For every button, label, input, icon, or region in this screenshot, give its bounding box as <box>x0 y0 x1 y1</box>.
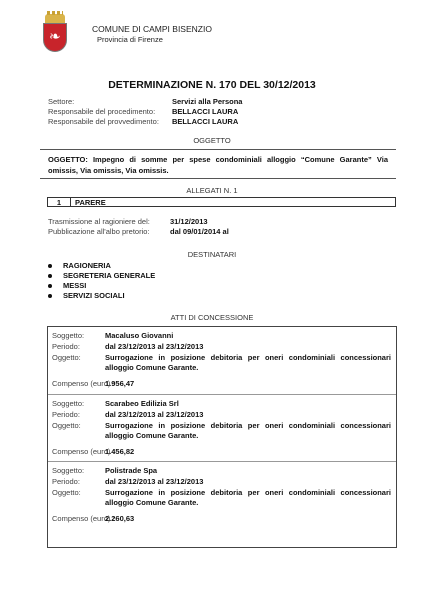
divider <box>40 149 396 150</box>
periodo-label: Periodo: <box>52 477 80 486</box>
pubblicazione-label: Pubblicazione all'albo pretorio: <box>48 227 150 237</box>
periodo-label: Periodo: <box>52 410 80 419</box>
attachment-number: 1 <box>48 198 71 206</box>
oggetto-text: OGGETTO: Impegno di somme per spese cond… <box>48 154 388 176</box>
bullet-icon <box>48 294 52 298</box>
oggetto-label: Oggetto: <box>52 488 81 497</box>
list-item: RAGIONERIA <box>48 261 155 271</box>
list-item: MESSI <box>48 281 155 291</box>
destinatario-label: SERVIZI SOCIALI <box>63 291 125 300</box>
attachment-row[interactable]: 1 PARERE <box>47 197 396 207</box>
atti-table: Soggetto:Macaluso Giovanni Periodo:dal 2… <box>47 326 397 548</box>
settore-value: Servizi alla Persona <box>172 97 242 107</box>
crown-icon <box>45 14 65 23</box>
destinatari-list: RAGIONERIA SEGRETERIA GENERALE MESSI SER… <box>48 261 155 301</box>
soggetto-label: Soggetto: <box>52 399 84 408</box>
periodo-value: dal 23/12/2013 al 23/12/2013 <box>105 410 391 420</box>
coat-of-arms-icon: ❧ <box>43 14 67 52</box>
bullet-icon <box>48 274 52 278</box>
attachment-name: PARERE <box>75 198 106 207</box>
trasmissione-value: 31/12/2013 <box>170 217 208 227</box>
soggetto-label: Soggetto: <box>52 331 84 340</box>
oggetto-value: Surrogazione in posizione debitoria per … <box>105 488 391 508</box>
soggetto-value: Scarabeo Edilizia Srl <box>105 399 391 409</box>
bullet-icon <box>48 264 52 268</box>
bullet-icon <box>48 284 52 288</box>
oggetto-value: Surrogazione in posizione debitoria per … <box>105 353 391 373</box>
resp-procedimento-label: Responsabile del procedimento: <box>48 107 155 117</box>
resp-provvedimento-label: Responsabile del provvedimento: <box>48 117 159 127</box>
resp-procedimento-value: BELLACCI LAURA <box>172 107 238 117</box>
divider <box>40 178 396 179</box>
periodo-value: dal 23/12/2013 al 23/12/2013 <box>105 342 391 352</box>
periodo-value: dal 23/12/2013 al 23/12/2013 <box>105 477 391 487</box>
soggetto-value: Macaluso Giovanni <box>105 331 391 341</box>
municipality-name: COMUNE DI CAMPI BISENZIO <box>92 24 212 35</box>
oggetto-heading: OGGETTO <box>0 136 424 145</box>
destinatari-heading: DESTINATARI <box>0 250 424 259</box>
trasmissione-label: Trasmissione al ragioniere del: <box>48 217 150 227</box>
shield-icon: ❧ <box>43 23 67 52</box>
oggetto-label: Oggetto: <box>52 353 81 362</box>
soggetto-label: Soggetto: <box>52 466 84 475</box>
concession-entry: Soggetto:Scarabeo Edilizia Srl Periodo:d… <box>48 394 396 462</box>
document-title: DETERMINAZIONE N. 170 DEL 30/12/2013 <box>0 79 424 91</box>
concession-entry: Soggetto:Polistrade Spa Periodo:dal 23/1… <box>48 461 396 530</box>
compenso-value: 1.956,47 <box>105 379 391 389</box>
dog-figure-icon: ❧ <box>49 29 61 43</box>
list-item: SERVIZI SOCIALI <box>48 291 155 301</box>
destinatario-label: MESSI <box>63 281 86 290</box>
list-item: SEGRETERIA GENERALE <box>48 271 155 281</box>
province-name: Provincia di Firenze <box>97 35 163 45</box>
oggetto-label: Oggetto: <box>52 421 81 430</box>
periodo-label: Periodo: <box>52 342 80 351</box>
soggetto-value: Polistrade Spa <box>105 466 391 476</box>
allegati-heading: ALLEGATI N. 1 <box>0 186 424 195</box>
resp-provvedimento-value: BELLACCI LAURA <box>172 117 238 127</box>
oggetto-value: Surrogazione in posizione debitoria per … <box>105 421 391 441</box>
destinatario-label: SEGRETERIA GENERALE <box>63 271 155 280</box>
compenso-value: 2.260,63 <box>105 514 391 524</box>
pubblicazione-value: dal 09/01/2014 al <box>170 227 229 237</box>
compenso-value: 1.456,82 <box>105 447 391 457</box>
settore-label: Settore: <box>48 97 74 107</box>
concession-entry: Soggetto:Macaluso Giovanni Periodo:dal 2… <box>48 327 396 394</box>
atti-heading: ATTI DI CONCESSIONE <box>0 313 424 322</box>
destinatario-label: RAGIONERIA <box>63 261 111 270</box>
